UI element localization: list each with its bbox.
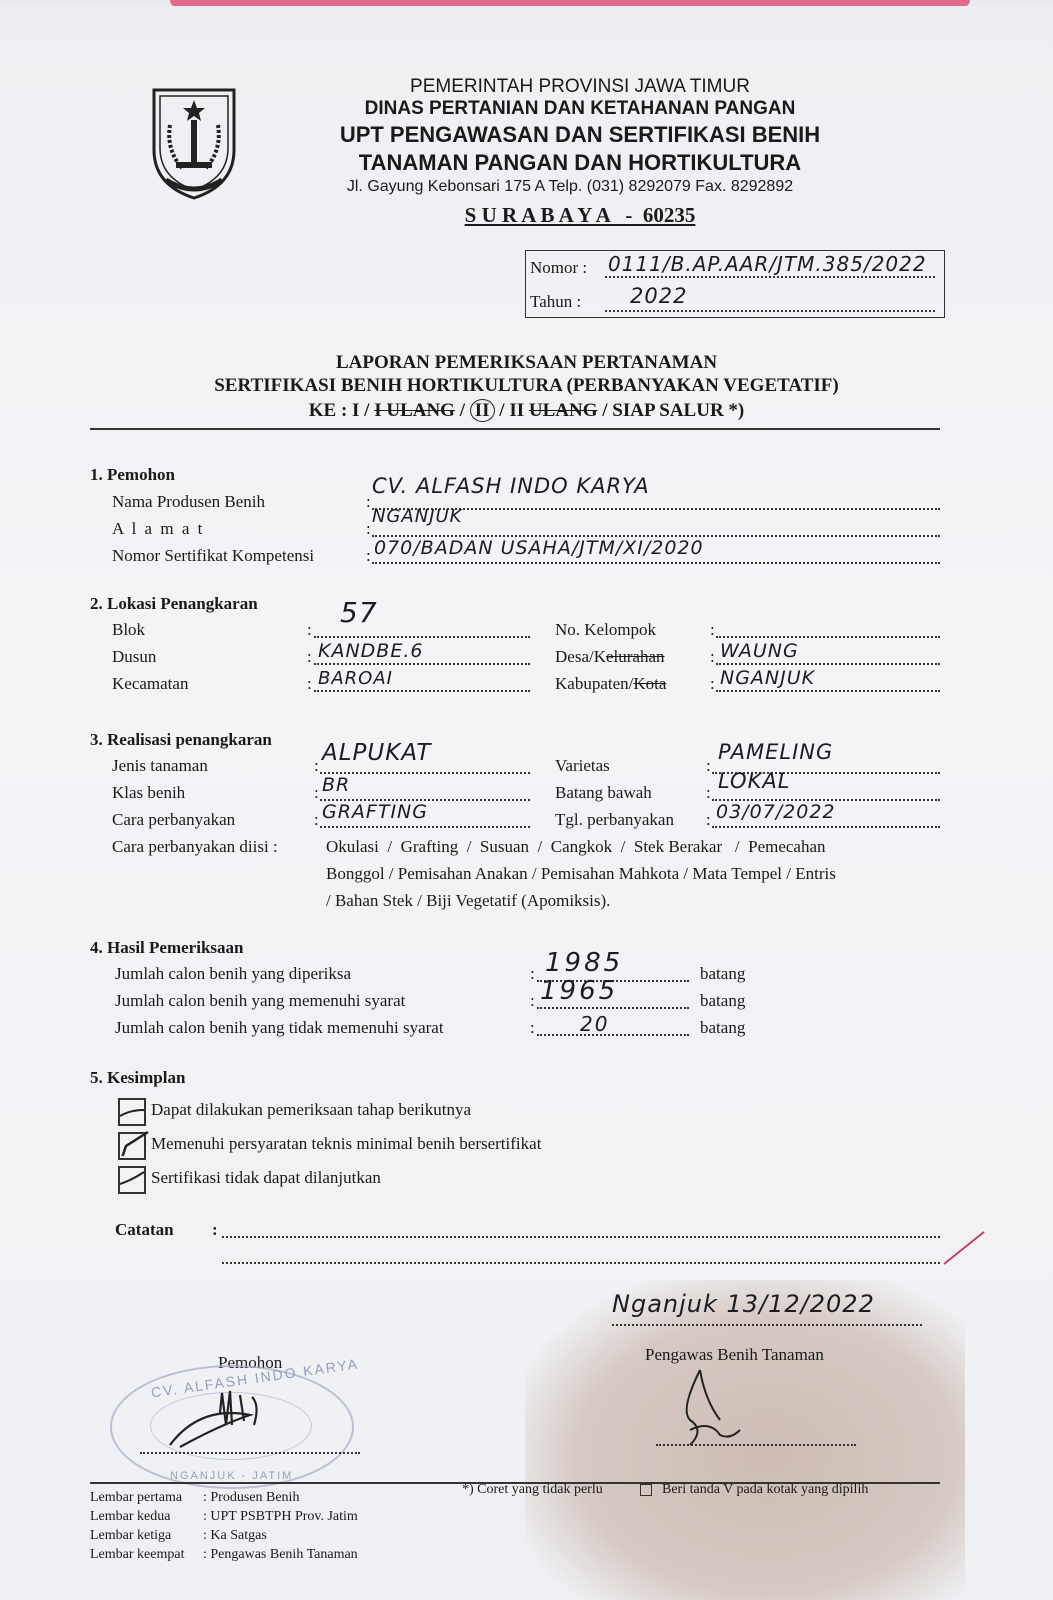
- passed-count: 1965: [540, 976, 618, 1006]
- result-label: Jumlah calon benih yang tidak memenuhi s…: [115, 1018, 444, 1038]
- dotline: [314, 690, 530, 692]
- propagation-options-line3: / Bahan Stek / Biji Vegetatif (Apomiksis…: [326, 891, 610, 911]
- dusun-value: KANDBE.6: [318, 640, 423, 662]
- copy-recipient: : Ka Satgas: [203, 1528, 267, 1544]
- checkbox-legend-icon: [640, 1484, 652, 1496]
- section-5-heading: 5. Kesimplan: [90, 1068, 185, 1088]
- coat-of-arms-icon: [148, 80, 240, 202]
- notes-line-2[interactable]: [222, 1262, 940, 1264]
- field-label: Tgl. perbanyakan: [555, 810, 674, 830]
- checkmark-icon: [118, 1128, 150, 1156]
- notes-label: Catatan: [115, 1220, 174, 1240]
- option-label: Dapat dilakukan pemeriksaan tahap beriku…: [151, 1100, 471, 1120]
- applicant-signature-icon: [160, 1385, 300, 1455]
- propagation-options-label: Cara perbanyakan diisi :: [112, 837, 278, 857]
- tahun-label: Tahun :: [530, 292, 581, 312]
- supervisor-signature-line: [656, 1444, 856, 1446]
- dash-mark-icon: [120, 1168, 146, 1192]
- nomor-value: 0111/B.AP.AAR/JTM.385/2022: [608, 252, 927, 276]
- header-unit-sub: TANAMAN PANGAN DAN HORTIKULTURA: [300, 150, 860, 176]
- nomor-dotline: [605, 276, 935, 278]
- seed-class-value: BR: [322, 774, 350, 796]
- report-subtitle: SERTIFIKASI BENIH HORTIKULTURA (PERBANYA…: [0, 375, 1053, 397]
- variety-value: PAMELING: [718, 740, 833, 764]
- dotline: [716, 663, 940, 665]
- dotline: [716, 690, 940, 692]
- producer-name-value: CV. ALFASH INDO KARYA: [372, 474, 650, 498]
- field-label: A l a m a t: [112, 519, 204, 539]
- propagation-method-value: GRAFTING: [322, 801, 428, 823]
- stage-sep-2: / II: [495, 400, 529, 421]
- blok-value: 57: [340, 596, 378, 629]
- header-address: Jl. Gayung Kebonsari 175 A Telp. (031) 8…: [290, 178, 850, 196]
- field-label: Dusun: [112, 647, 156, 667]
- field-label: Desa/Kelurahan: [555, 647, 665, 667]
- dotline: [320, 772, 530, 774]
- dash-mark-icon: [120, 1100, 144, 1124]
- kabupaten-value: NGANJUK: [720, 667, 815, 689]
- copy-label: Lembar kedua: [90, 1509, 170, 1525]
- dotline: [712, 826, 940, 828]
- dotline: [716, 636, 940, 638]
- propagation-options-line2: Bonggol / Pemisahan Anakan / Pemisahan M…: [326, 864, 836, 884]
- dotline: [320, 826, 530, 828]
- copy-recipient: : Produsen Benih: [203, 1490, 299, 1506]
- option-label: Sertifikasi tidak dapat dilanjutkan: [151, 1168, 381, 1188]
- result-label: Jumlah calon benih yang diperiksa: [115, 964, 351, 984]
- stage-prefix: KE : I /: [309, 400, 374, 421]
- header-agency: DINAS PERTANIAN DAN KETAHANAN PANGAN: [300, 98, 860, 120]
- field-label: Kabupaten/Kota: [555, 674, 666, 694]
- copy-recipient: : Pengawas Benih Tanaman: [203, 1547, 358, 1563]
- checkbox-cannot-continue[interactable]: [118, 1166, 146, 1194]
- nomor-label: Nomor :: [530, 258, 587, 278]
- checkbox-next-stage[interactable]: [118, 1098, 146, 1126]
- inspection-stage: KE : I / I ULANG / II / II ULANG / SIAP …: [0, 400, 1053, 422]
- report-title: LAPORAN PEMERIKSAAN PERTANAMAN: [0, 352, 1053, 374]
- stage-struck-1: I ULANG: [374, 400, 455, 421]
- header-city: S U R A B A Y A - 60235: [300, 203, 860, 228]
- result-label: Jumlah calon benih yang memenuhi syarat: [115, 991, 405, 1011]
- checkbox-meets-requirements[interactable]: [118, 1132, 146, 1160]
- field-label: Kecamatan: [112, 674, 188, 694]
- plant-type-value: ALPUKAT: [322, 740, 431, 766]
- supervisor-signature-icon: [660, 1360, 760, 1450]
- kecamatan-value: BAROAI: [318, 668, 393, 689]
- failed-count: 20: [580, 1012, 609, 1036]
- footnote-checkbox: Beri tanda V pada kotak yang dipilih: [662, 1482, 868, 1498]
- field-label: Klas benih: [112, 783, 185, 803]
- stage-selected: II: [470, 399, 495, 422]
- dotline: [372, 562, 940, 564]
- field-label: Nomor Sertifikat Kompetensi: [112, 546, 314, 566]
- field-label: Batang bawah: [555, 783, 652, 803]
- stamp-bottom-text: NGANJUK - JATIM: [170, 1470, 293, 1482]
- pen-stroke-icon: [940, 1228, 990, 1268]
- copy-label: Lembar pertama: [90, 1490, 200, 1506]
- copy-recipient: : UPT PSBTPH Prov. Jatim: [203, 1509, 358, 1525]
- section-2-heading: 2. Lokasi Penangkaran: [90, 594, 258, 614]
- stage-struck-2: ULANG: [529, 400, 598, 421]
- inspected-count: 1985: [545, 948, 623, 978]
- field-label: Cara perbanyakan: [112, 810, 235, 830]
- field-label: Nama Produsen Benih: [112, 492, 265, 512]
- propagation-date-value: 03/07/2022: [716, 801, 836, 823]
- option-label: Memenuhi persyaratan teknis minimal beni…: [151, 1134, 541, 1154]
- rootstock-value: LOKAL: [718, 769, 790, 793]
- field-label: Blok: [112, 620, 145, 640]
- desa-value: WAUNG: [720, 640, 799, 662]
- field-label: Jenis tanaman: [112, 756, 208, 776]
- unit-label: batang: [700, 964, 745, 984]
- applicant-signature-line: [140, 1452, 360, 1454]
- copy-label: Lembar keempat: [90, 1547, 184, 1563]
- competency-cert-value: 070/BADAN USAHA/JTM/XI/2020: [374, 537, 704, 559]
- copy-label: Lembar ketiga: [90, 1528, 171, 1544]
- notes-line-1[interactable]: [222, 1236, 940, 1238]
- section-1-heading: 1. Pemohon: [90, 465, 175, 485]
- propagation-options-line1: Okulasi / Grafting / Susuan / Cangkok / …: [326, 837, 826, 857]
- field-label: No. Kelompok: [555, 620, 656, 640]
- header-unit: UPT PENGAWASAN DAN SERTIFIKASI BENIH: [300, 122, 860, 148]
- tahun-dotline: [605, 310, 935, 312]
- stage-suffix: / SIAP SALUR *): [598, 400, 745, 421]
- tahun-value: 2022: [630, 284, 687, 308]
- unit-label: batang: [700, 1018, 745, 1038]
- dotline: [314, 663, 530, 665]
- header-government: PEMERINTAH PROVINSI JAWA TIMUR: [300, 76, 860, 98]
- dotline: [314, 636, 530, 638]
- section-4-heading: 4. Hasil Pemeriksaan: [90, 938, 243, 958]
- field-label: Varietas: [555, 756, 610, 776]
- title-divider: [90, 428, 940, 430]
- dotline: [537, 1007, 689, 1009]
- unit-label: batang: [700, 991, 745, 1011]
- stage-sep: /: [455, 400, 470, 421]
- dotline: [537, 1034, 689, 1036]
- place-date: Nganjuk 13/12/2022: [612, 1290, 875, 1318]
- place-date-dotline: [612, 1324, 922, 1326]
- address-value: NGANJUK: [372, 506, 462, 527]
- section-3-heading: 3. Realisasi penangkaran: [90, 730, 272, 750]
- footnote-strike: *) Coret yang tidak perlu: [462, 1482, 603, 1498]
